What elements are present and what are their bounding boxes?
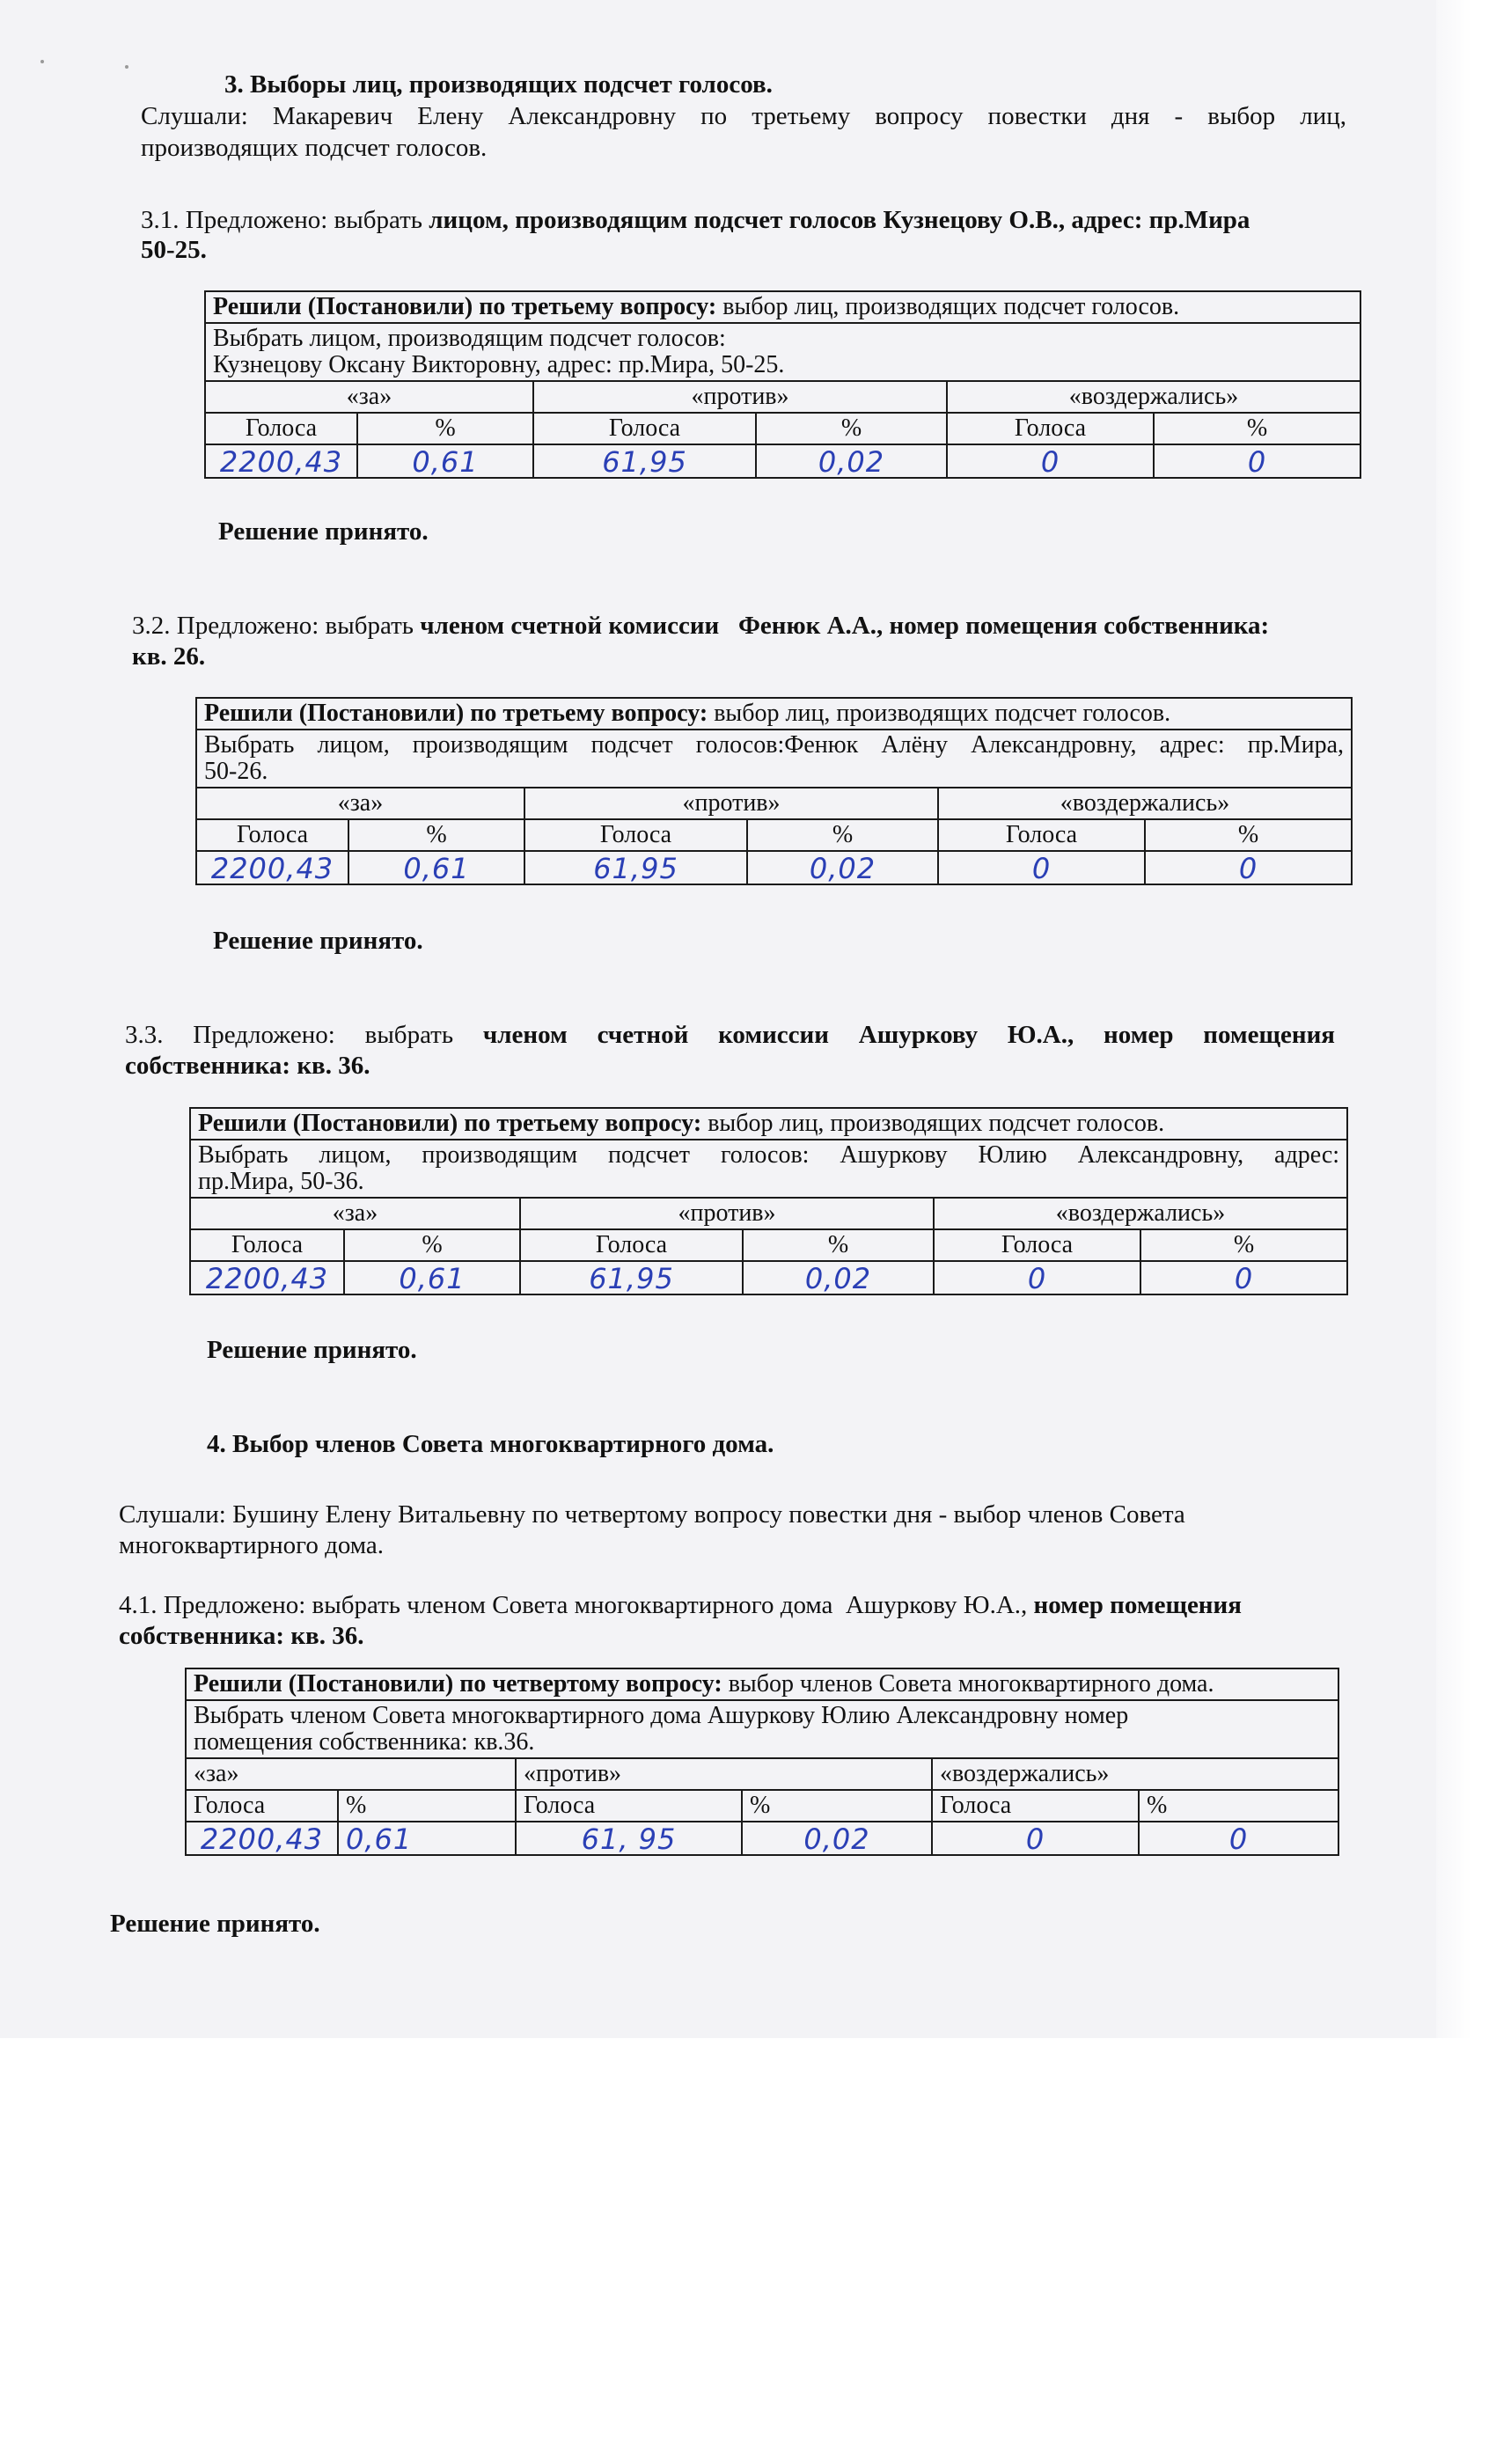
header-percent: %	[747, 819, 938, 851]
choice-line1: Выбрать лицом, производящим подсчет голо…	[213, 326, 1353, 352]
abstained-votes: 0	[932, 1822, 1139, 1855]
abstained-percent: 0	[1145, 851, 1352, 884]
for-percent: 0,61	[357, 444, 533, 478]
header-percent: %	[1154, 413, 1360, 444]
header-votes: Голоса	[947, 413, 1154, 444]
header-votes: Голоса	[938, 819, 1145, 851]
choice-row: Выбрать членом Совета многоквартирного д…	[186, 1700, 1338, 1758]
header-percent: %	[742, 1790, 932, 1822]
abstained-percent: 0	[1154, 444, 1360, 478]
proposal-4-1-bold: номер помещения	[1034, 1591, 1242, 1619]
for-percent: 0,61	[338, 1822, 516, 1855]
abstained-votes: 0	[947, 444, 1154, 478]
result-3-3: Решение принято.	[207, 1336, 417, 1365]
header-abstained: «воздержались»	[934, 1198, 1347, 1229]
against-percent: 0,02	[742, 1822, 932, 1855]
choice-line1: Выбрать лицом, производящим подсчет голо…	[198, 1142, 1339, 1169]
choice-line2: Кузнецову Оксану Викторовну, адрес: пр.М…	[213, 352, 1353, 378]
vote-table-3-2: Решили (Постановили) по третьему вопросу…	[195, 697, 1353, 885]
abstained-votes: 0	[934, 1261, 1140, 1294]
header-for: «за»	[196, 788, 524, 819]
vote-table-3-1: Решили (Постановили) по третьему вопросу…	[204, 290, 1361, 479]
abstained-votes: 0	[938, 851, 1145, 884]
for-percent: 0,61	[344, 1261, 520, 1294]
for-votes: 2200,43	[196, 851, 348, 884]
against-votes: 61,95	[533, 444, 756, 478]
header-percent: %	[338, 1790, 516, 1822]
choice-line1: Выбрать членом Совета многоквартирного д…	[194, 1703, 1331, 1729]
header-for: «за»	[205, 381, 533, 413]
for-votes: 2200,43	[190, 1261, 344, 1294]
decision-row: Решили (Постановили) по третьему вопросу…	[205, 291, 1360, 323]
choice-line1: Выбрать лицом, производящим подсчет голо…	[204, 732, 1344, 759]
scan-speck	[125, 65, 128, 69]
header-for: «за»	[190, 1198, 520, 1229]
decision-text: выбор лиц, производящих подсчет голосов.	[716, 293, 1179, 320]
proposal-3-2: 3.2. Предложено: выбрать членом счетной …	[132, 612, 1269, 641]
for-votes: 2200,43	[205, 444, 357, 478]
vote-table-4-1: Решили (Постановили) по четвертому вопро…	[185, 1668, 1339, 1856]
vote-values-row: 2200,430,6161,950,0200	[190, 1261, 1347, 1294]
vote-values-row: 2200,430,6161,950,0200	[205, 444, 1360, 478]
header-percent: %	[1145, 819, 1352, 851]
header-votes: Голоса	[196, 819, 348, 851]
header-for: «за»	[186, 1758, 516, 1790]
choice-row: Выбрать лицом, производящим подсчет голо…	[205, 323, 1360, 381]
choice-row: Выбрать лицом, производящим подсчет голо…	[196, 730, 1352, 788]
header-percent: %	[344, 1229, 520, 1261]
proposal-3-2-line2: кв. 26.	[132, 642, 205, 671]
header-votes: Голоса	[524, 819, 747, 851]
vote-values-row: 2200,430,6161,950,0200	[196, 851, 1352, 884]
decision-label: Решили (Постановили) по третьему вопросу…	[204, 700, 708, 727]
abstained-percent: 0	[1139, 1822, 1338, 1855]
result-3-2: Решение принято.	[213, 927, 423, 956]
header-percent: %	[348, 819, 524, 851]
section-3-heard-line2: производящих подсчет голосов.	[141, 134, 487, 163]
against-percent: 0,02	[743, 1261, 934, 1294]
header-votes: Голоса	[533, 413, 756, 444]
proposal-4-1-prefix: 4.1. Предложено: выбрать членом Совета м…	[119, 1591, 1034, 1619]
abstained-percent: 0	[1140, 1261, 1347, 1294]
against-votes: 61,95	[520, 1261, 743, 1294]
section-4-heard-line1: Слушали: Бушину Елену Витальевну по четв…	[119, 1500, 1185, 1529]
proposal-3-3-line2: собственника: кв. 36.	[125, 1052, 370, 1081]
result-3-1: Решение принято.	[218, 517, 429, 546]
decision-text: выбор членов Совета многоквартирного дом…	[722, 1670, 1214, 1698]
decision-label: Решили (Постановили) по третьему вопросу…	[198, 1110, 701, 1137]
choice-row: Выбрать лицом, производящим подсчет голо…	[190, 1140, 1347, 1198]
header-percent: %	[743, 1229, 934, 1261]
choice-line2: 50-26.	[204, 759, 1344, 785]
proposal-3-2-bold: членом счетной комиссии Фенюк А.А., номе…	[420, 612, 1269, 640]
header-votes: Голоса	[932, 1790, 1139, 1822]
decision-row: Решили (Постановили) по четвертому вопро…	[186, 1668, 1338, 1700]
choice-line2: пр.Мира, 50-36.	[198, 1169, 1339, 1195]
header-votes: Голоса	[520, 1229, 743, 1261]
section-4-heading: 4. Выбор членов Совета многоквартирного …	[207, 1430, 774, 1459]
decision-row: Решили (Постановили) по третьему вопросу…	[196, 698, 1352, 730]
section-3-heard-line1: Слушали: Макаревич Елену Александровну п…	[141, 102, 1346, 131]
proposal-3-3-bold: членом счетной комиссии Ашуркову Ю.А., н…	[483, 1021, 1335, 1049]
decision-row: Решили (Постановили) по третьему вопросу…	[190, 1108, 1347, 1140]
proposal-4-1-line2: собственника: кв. 36.	[119, 1622, 363, 1651]
against-votes: 61,95	[524, 851, 747, 884]
header-percent: %	[1140, 1229, 1347, 1261]
choice-line2: помещения собственника: кв.36.	[194, 1729, 1331, 1756]
section-3-heading: 3. Выборы лиц, производящих подсчет голо…	[224, 70, 773, 99]
decision-label: Решили (Постановили) по третьему вопросу…	[213, 293, 716, 320]
section-4-heard-line2: многоквартирного дома.	[119, 1531, 384, 1560]
result-4-1: Решение принято.	[110, 1910, 320, 1939]
header-votes: Голоса	[205, 413, 357, 444]
against-percent: 0,02	[756, 444, 947, 478]
header-votes: Голоса	[516, 1790, 742, 1822]
decision-label: Решили (Постановили) по четвертому вопро…	[194, 1670, 722, 1698]
against-votes: 61, 95	[516, 1822, 742, 1855]
for-votes: 2200,43	[186, 1822, 338, 1855]
header-abstained: «воздержались»	[932, 1758, 1338, 1790]
proposal-3-3-prefix: 3.3. Предложено: выбрать	[125, 1021, 483, 1049]
header-against: «против»	[520, 1198, 934, 1229]
header-votes: Голоса	[190, 1229, 344, 1261]
header-against: «против»	[524, 788, 938, 819]
proposal-4-1: 4.1. Предложено: выбрать членом Совета м…	[119, 1591, 1242, 1620]
for-percent: 0,61	[348, 851, 524, 884]
decision-text: выбор лиц, производящих подсчет голосов.	[708, 700, 1170, 727]
proposal-3-2-prefix: 3.2. Предложено: выбрать	[132, 612, 420, 640]
header-percent: %	[1139, 1790, 1338, 1822]
proposal-3-1-bold: лицом, производящим подсчет голосов Кузн…	[429, 206, 1250, 234]
vote-values-row: 2200,430,6161, 950,0200	[186, 1822, 1338, 1855]
scan-speck	[40, 60, 44, 63]
vote-table-3-3: Решили (Постановили) по третьему вопросу…	[189, 1107, 1348, 1295]
proposal-3-1: 3.1. Предложено: выбрать лицом, производ…	[141, 206, 1351, 235]
proposal-3-1-line2: 50-25.	[141, 236, 207, 265]
against-percent: 0,02	[747, 851, 938, 884]
header-percent: %	[357, 413, 533, 444]
header-against: «против»	[516, 1758, 932, 1790]
decision-text: выбор лиц, производящих подсчет голосов.	[701, 1110, 1164, 1137]
header-votes: Голоса	[934, 1229, 1140, 1261]
header-percent: %	[756, 413, 947, 444]
header-abstained: «воздержались»	[938, 788, 1352, 819]
header-abstained: «воздержались»	[947, 381, 1360, 413]
header-against: «против»	[533, 381, 947, 413]
header-votes: Голоса	[186, 1790, 338, 1822]
proposal-3-1-prefix: 3.1. Предложено: выбрать	[141, 206, 429, 234]
proposal-3-3: 3.3. Предложено: выбрать членом счетной …	[125, 1021, 1335, 1050]
scan-edge	[1436, 0, 1471, 2038]
